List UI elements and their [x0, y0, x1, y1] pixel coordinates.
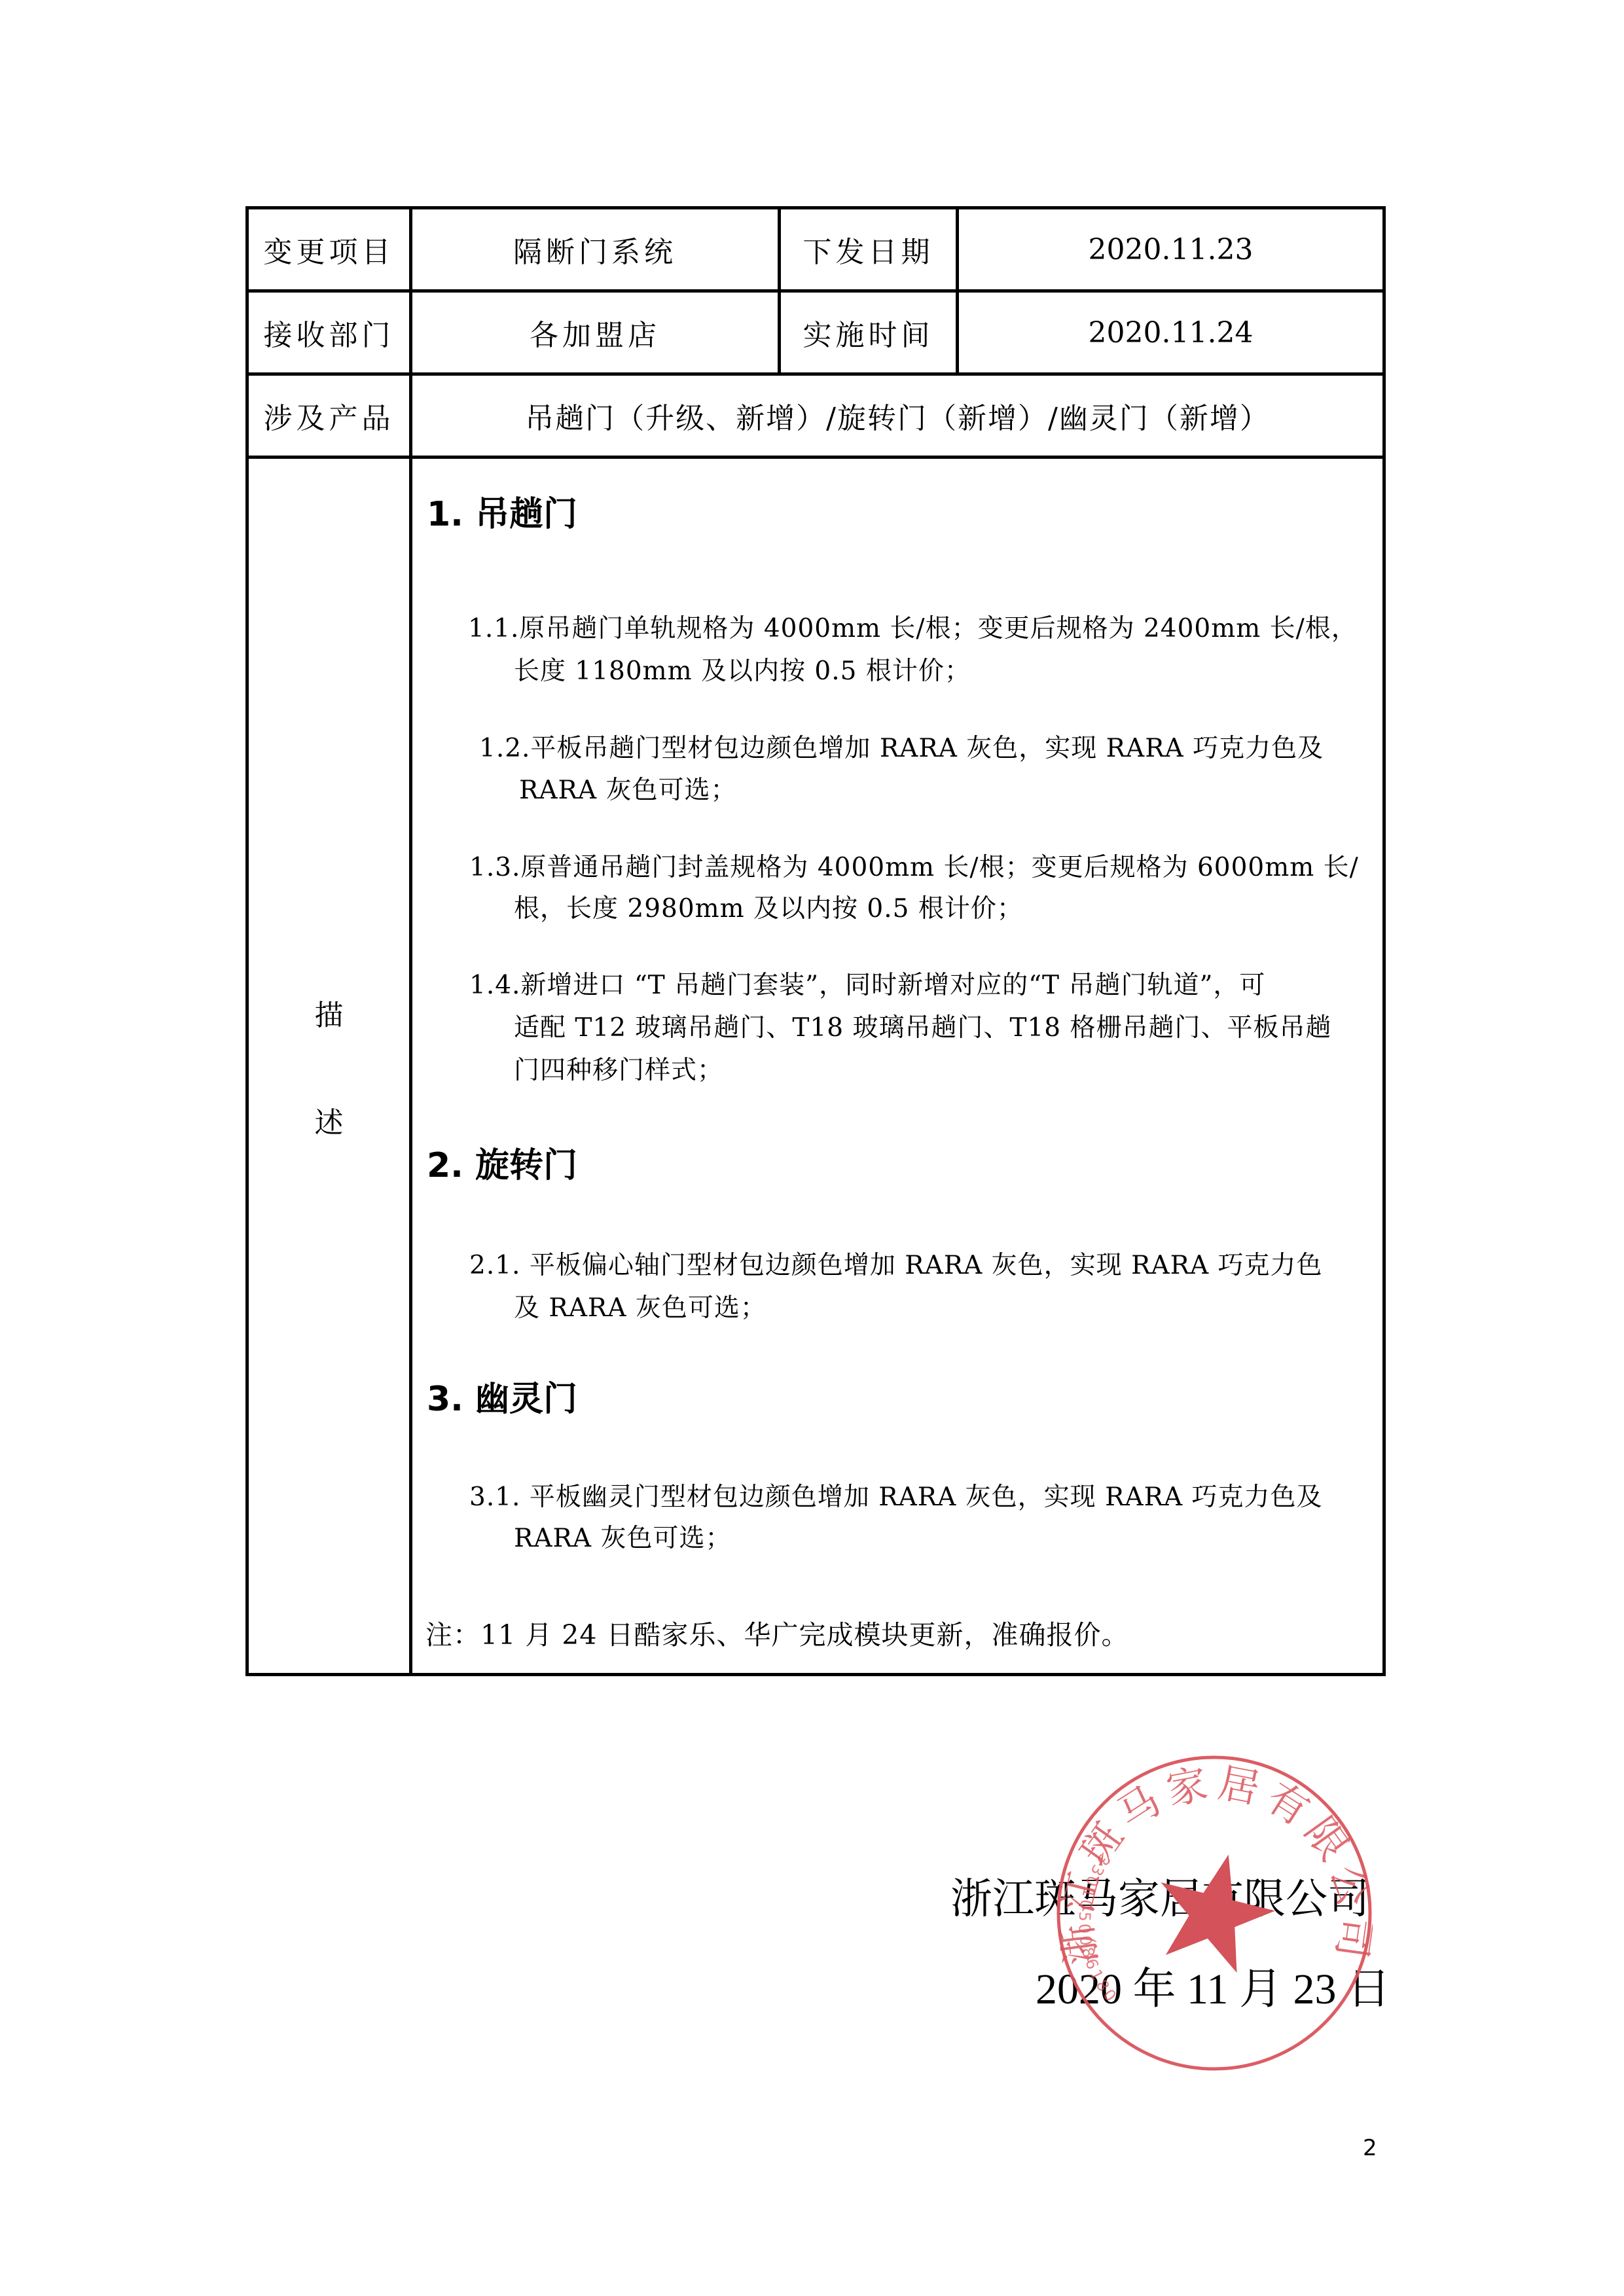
implement-date-label: 实施时间 [780, 291, 958, 374]
table-row: 涉及产品 吊趟门（升级、新增）/旋转门（新增）/幽灵门（新增） [247, 374, 1384, 457]
item-2-1-line1: 2.1. 平板偏心轴门型材包边颜色增加 RARA 灰色，实现 RARA 巧克力色 [469, 1244, 1323, 1287]
item-1-1-line2: 长度 1180mm 及以内按 0.5 根计价； [514, 650, 971, 692]
description-label-bottom: 述 [315, 1099, 344, 1141]
receiving-dept-value: 各加盟店 [411, 291, 780, 374]
table-row: 变更项目 隔断门系统 下发日期 2020.11.23 [247, 208, 1384, 291]
table-row: 接收部门 各加盟店 实施时间 2020.11.24 [247, 291, 1384, 374]
description-cell: 1. 吊趟门 1.1.原吊趟门单轨规格为 4000mm 长/根；变更后规格为 2… [411, 457, 1384, 1675]
products-value: 吊趟门（升级、新增）/旋转门（新增）/幽灵门（新增） [411, 374, 1384, 457]
table-row: 描 述 1. 吊趟门 1.1.原吊趟门单轨规格为 4000mm 长/根；变更后规… [247, 457, 1384, 1675]
section-heading-2: 2. 旋转门 [427, 1146, 577, 1185]
item-1-3-line1: 1.3.原普通吊趟门封盖规格为 4000mm 长/根；变更后规格为 6000mm… [469, 846, 1359, 889]
description-label-cell: 描 述 [247, 457, 411, 1675]
note-text: 注：11 月 24 日酷家乐、华广完成模块更新，准确报价。 [425, 1614, 1128, 1657]
item-3-1-line2: RARA 灰色可选； [514, 1517, 731, 1560]
page-number: 2 [1363, 2135, 1377, 2161]
issue-date-value: 2020.11.23 [958, 208, 1384, 291]
item-1-4-line3: 门四种移门样式； [514, 1049, 723, 1092]
products-label: 涉及产品 [247, 374, 411, 457]
receiving-dept-label: 接收部门 [247, 291, 411, 374]
description-label-top: 描 [315, 992, 344, 1033]
company-seal-stamp: 浙江斑马家居有限公司 3301050086180 [1056, 1755, 1373, 2072]
item-1-3-line2: 根，长度 2980mm 及以内按 0.5 根计价； [514, 888, 1023, 930]
item-1-4-line2: 适配 T12 玻璃吊趟门、T18 玻璃吊趟门、T18 格栅吊趟门、平板吊趟 [514, 1007, 1332, 1049]
section-heading-1: 1. 吊趟门 [427, 495, 577, 534]
item-1-2-line1: 1.2.平板吊趟门型材包边颜色增加 RARA 灰色，实现 RARA 巧克力色及 [479, 727, 1324, 770]
item-3-1-line1: 3.1. 平板幽灵门型材包边颜色增加 RARA 灰色，实现 RARA 巧克力色及 [469, 1476, 1323, 1518]
item-1-4-line1: 1.4.新增进口 “T 吊趟门套装”，同时新增对应的“T 吊趟门轨道”，可 [469, 964, 1265, 1007]
change-notice-table: 变更项目 隔断门系统 下发日期 2020.11.23 接收部门 各加盟店 实施时… [245, 206, 1386, 1676]
section-heading-3: 3. 幽灵门 [427, 1380, 577, 1419]
implement-date-value: 2020.11.24 [958, 291, 1384, 374]
change-item-value: 隔断门系统 [411, 208, 780, 291]
star-icon [1144, 1840, 1286, 1978]
change-item-label: 变更项目 [247, 208, 411, 291]
item-1-2-line2: RARA 灰色可选； [519, 769, 736, 812]
issue-date-label: 下发日期 [780, 208, 958, 291]
item-1-1-line1: 1.1.原吊趟门单轨规格为 4000mm 长/根；变更后规格为 2400mm 长… [468, 607, 1358, 650]
item-2-1-line2: 及 RARA 灰色可选； [514, 1287, 767, 1329]
